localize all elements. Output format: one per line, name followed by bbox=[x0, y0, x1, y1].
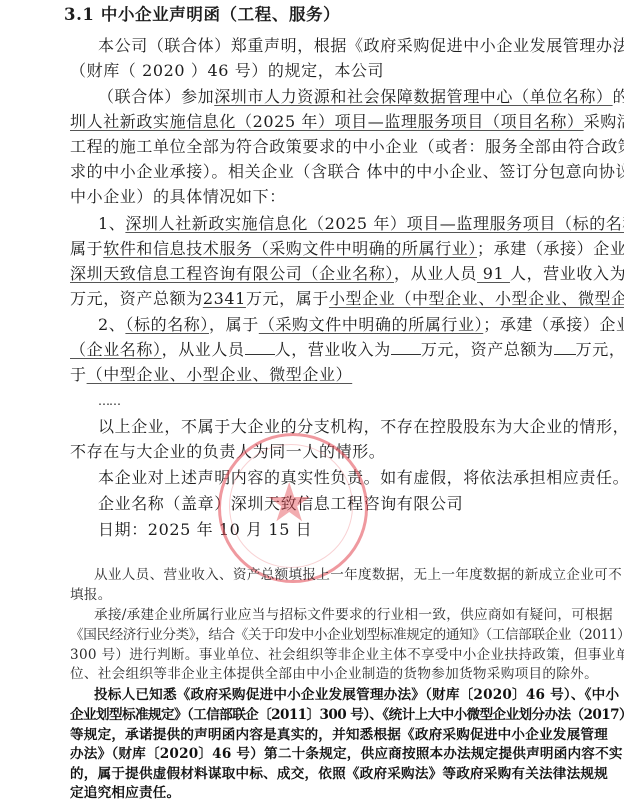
item1-line-3: 深圳天致信息工程咨询有限公司（企业名称），从业人员 91 人，营业收入为5089 bbox=[70, 264, 582, 284]
note2-line-3: 300 号）进行判断。事业单位、社会组织等非企业主体不享受中小企业扶持政策，但事… bbox=[70, 646, 582, 665]
purchaser-name: 深圳市人力资源和社会保障数据管理中心（单位名称） bbox=[214, 87, 612, 106]
item2-staff-blank bbox=[245, 340, 275, 355]
item2-line-1: 2、（标的名称），属于（采购文件中明确的所属行业）；承建（承接）企业为 bbox=[98, 315, 582, 335]
item1-industry: 软件和信息技术服务（采购文件中明确的所属行业） bbox=[103, 239, 477, 258]
intro-line-7: 中小企业）的具体情况如下： bbox=[70, 187, 582, 207]
item2-company: （企业名称） bbox=[70, 340, 162, 359]
item1-project: 深圳人社新政实施信息化（2025 年）项目—监理服务项目（标的名称） bbox=[125, 214, 624, 233]
item1-line-1: 1、深圳人社新政实施信息化（2025 年）项目—监理服务项目（标的名称）， bbox=[98, 214, 582, 234]
bidder-statement-line-6: 定追究相应责任。 bbox=[70, 784, 582, 803]
project-name: 圳人社新政实施信息化（2025 年）项目—监理服务项目（项目名称） bbox=[70, 112, 584, 131]
item1-company: 深圳天致信息工程咨询有限公司（企业名称） bbox=[70, 264, 394, 283]
item1-enterprise-size: 小型企业（中型企业、小型企业、微型企业） bbox=[329, 289, 624, 308]
intro-line-4: 圳人社新政实施信息化（2025 年）项目—监理服务项目（项目名称）采购活动， bbox=[70, 112, 582, 132]
note1-line-1: 从业人员、营业收入、资产总额填报上一年度数据，无上一年度数据的新成立企业可不 bbox=[94, 566, 582, 585]
note2-line-1: 承接/承建企业所属行业应当与招标文件要求的行业相一致，供应商如有疑问，可根据 bbox=[94, 606, 582, 625]
item1-staff-count: 91 bbox=[477, 264, 510, 283]
item1-line-2: 属于软件和信息技术服务（采购文件中明确的所属行业）；承建（承接）企业为 bbox=[70, 239, 582, 259]
statement-line-2: 不存在与大企业的负责人为同一人的情形。 bbox=[70, 442, 582, 462]
item2-enterprise-size: （中型企业、小型企业、微型企业） bbox=[87, 365, 353, 384]
item2-line-3: 于（中型企业、小型企业、微型企业） bbox=[70, 365, 582, 385]
note2-line-2: 《国民经济行业分类》，结合《关于印发中小企业划型标准规定的通知》（工信部联企业（… bbox=[70, 626, 582, 645]
note1-line-2: 填报。 bbox=[70, 586, 582, 605]
item2-project: （标的名称） bbox=[125, 315, 209, 334]
intro-line-1: 本公司（联合体）郑重声明，根据《政府采购促进中小企业发展管理办法》 bbox=[98, 36, 582, 56]
intro-line-3: （联合体）参加深圳市人力资源和社会保障数据管理中心（单位名称）的深 bbox=[98, 87, 582, 107]
item1-line-4: 万元，资产总额为2341万元，属于小型企业（中型企业、小型企业、微型企业） bbox=[70, 289, 582, 309]
signature-company: 企业名称（盖章）深圳天致信息工程咨询有限公司 bbox=[98, 494, 610, 514]
item2-assets-blank bbox=[554, 340, 576, 355]
bidder-statement-line-4: 办法》（财库〔2020〕46 号）第二十条规定，供应商按照本办法规定提供声明函内… bbox=[70, 745, 582, 764]
declaration-page: 3.1 中小企业声明函（工程、服务） 本公司（联合体）郑重声明，根据《政府采购促… bbox=[0, 0, 624, 803]
intro-line-6: 求的中小企业承接）。相关企业（含联合 体中的中小企业、签订分包意向协议的 bbox=[70, 162, 582, 182]
item2-line-2: （企业名称），从业人员人，营业收入为万元，资产总额为万元，属 bbox=[70, 340, 582, 360]
intro-line-2: （财库（ 2020 ）46 号）的规定，本公司 bbox=[70, 61, 582, 81]
item2-revenue-blank bbox=[391, 340, 421, 355]
bidder-statement-line-5: 的，属于提供虚假材料谋取中标、成交，依照《政府采购法》等政府采购有关法律法规规 bbox=[70, 765, 582, 784]
intro-line-5: 工程的施工单位全部为符合政策要求的中小企业（或者：服务全部由符合政策要 bbox=[70, 137, 582, 157]
ellipsis: …… bbox=[98, 391, 610, 411]
section-title: 3.1 中小企业声明函（工程、服务） bbox=[64, 5, 576, 25]
item2-industry: （采购文件中明确的所属行业） bbox=[259, 315, 483, 334]
note2-line-4: 位、社会组织等非企业主体提供全部由中小企业制造的货物参加货物采购项目的除外。 bbox=[70, 665, 582, 684]
statement-line-1: 以上企业，不属于大企业的分支机构，不存在控股股东为大企业的情形，也 bbox=[98, 417, 582, 437]
item1-assets: 2341 bbox=[203, 289, 246, 308]
statement-line-3: 本企业对上述声明内容的真实性负责。如有虚假，将依法承担相应责任。 bbox=[98, 468, 610, 488]
bidder-statement-line-1: 投标人已知悉《政府采购促进中小企业发展管理办法》（财库〔2020〕46 号）、《… bbox=[94, 686, 582, 705]
signature-date: 日期：2025 年 10 月 15 日 bbox=[98, 520, 610, 540]
bidder-statement-line-2: 企业划型标准规定》（工信部联企〔2011〕300 号）、《统计上大中小微型企业划… bbox=[70, 706, 582, 725]
bidder-statement-line-3: 等规定，承诺提供的声明函内容是真实的，并知悉根据《政府采购促进中小企业发展管理 bbox=[70, 726, 582, 745]
